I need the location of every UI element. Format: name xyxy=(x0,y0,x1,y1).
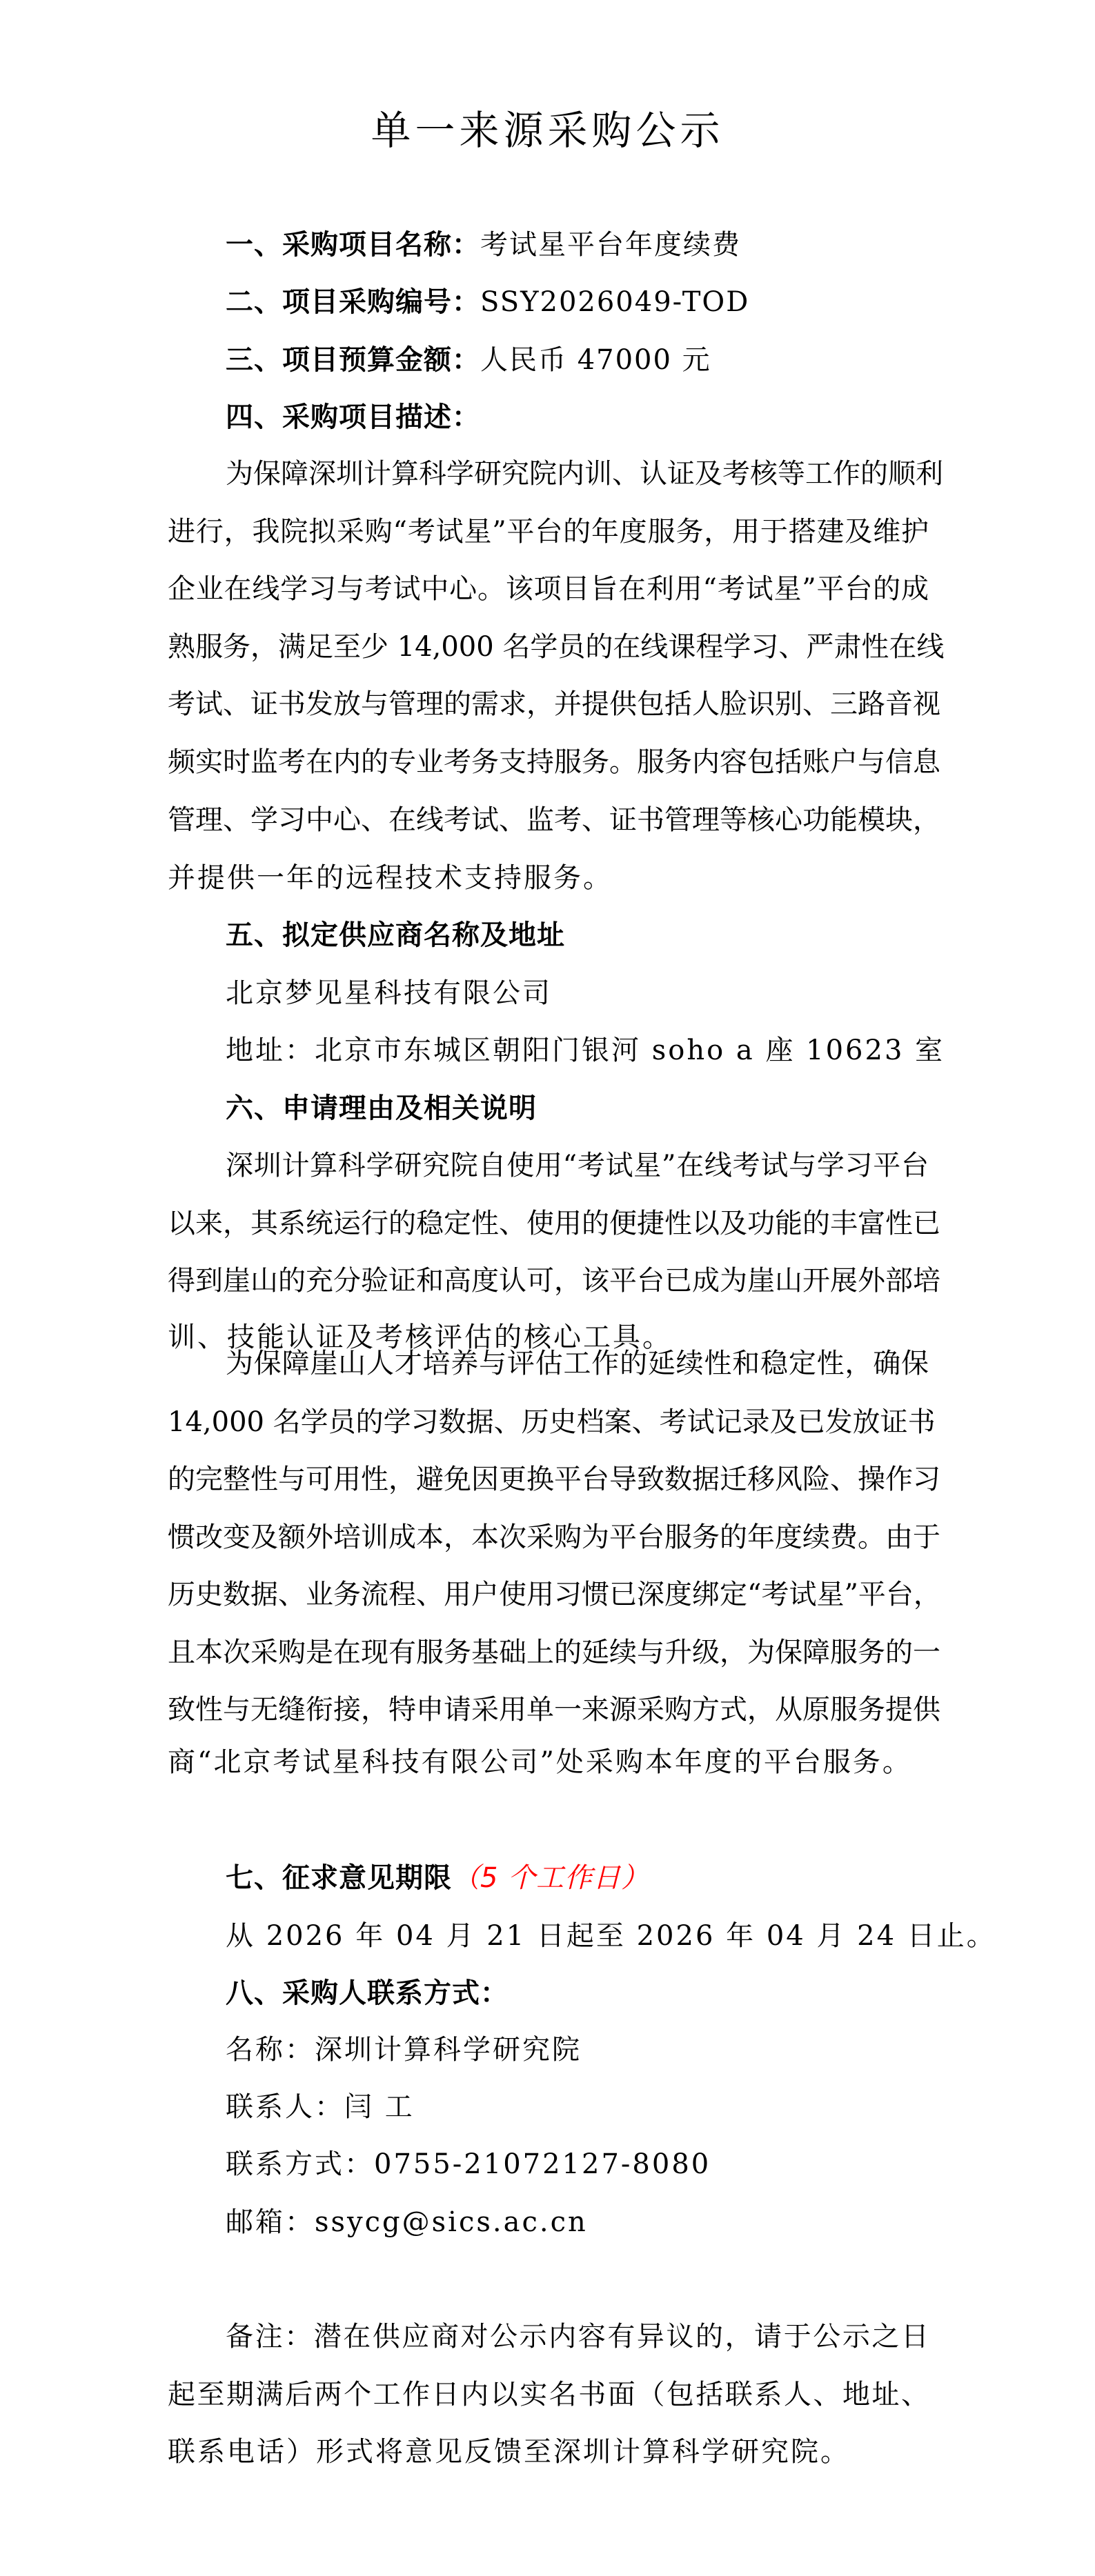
description-line: 并提供一年的远程技术支持服务。 xyxy=(168,861,929,895)
section-budget: 三、项目预算金额：人民币 47000 元 xyxy=(226,343,711,377)
section-supplier-heading: 五、拟定供应商名称及地址 xyxy=(226,918,565,952)
section-label: 二、项目采购编号： xyxy=(226,286,480,318)
reason-line: 且本次采购是在现有服务基础上的延续与升级，为保障服务的一 xyxy=(168,1635,929,1670)
comment-period-dates: 从 2026 年 04 月 21 日起至 2026 年 04 月 24 日止。 xyxy=(226,1919,996,1953)
project-name-value: 考试星平台年度续费 xyxy=(480,229,741,261)
remark-line: 联系电话）形式将意见反馈至深圳计算科学研究院。 xyxy=(168,2435,929,2469)
reason-line: 得到崖山的充分验证和高度认可，该平台已成为崖山开展外部培 xyxy=(168,1264,929,1298)
supplier-address: 地址：北京市东城区朝阳门银河 soho a 座 10623 室 xyxy=(226,1033,945,1068)
reason-line: 深圳计算科学研究院自使用“考试星”在线考试与学习平台 xyxy=(226,1148,929,1183)
reason-line: 为保障崖山人才培养与评估工作的延续性和稳定性，确保 xyxy=(226,1346,929,1381)
remark-line: 备注：潜在供应商对公示内容有异议的，请于公示之日 xyxy=(226,2319,929,2354)
description-line: 为保障深圳计算科学研究院内训、认证及考核等工作的顺利 xyxy=(226,457,929,491)
working-days-note: （5 个工作日） xyxy=(452,1862,649,1894)
description-line: 管理、学习中心、在线考试、监考、证书管理等核心功能模块， xyxy=(168,803,929,837)
contact-email: 邮箱：ssycg@sics.ac.cn xyxy=(226,2205,588,2239)
section-label: 三、项目预算金额： xyxy=(226,344,480,376)
section-comment-period: 七、征求意见期限（5 个工作日） xyxy=(226,1861,649,1895)
reason-line: 惯改变及额外培训成本，本次采购为平台服务的年度续费。由于 xyxy=(168,1520,929,1555)
section-label: 七、征求意见期限 xyxy=(226,1862,452,1894)
section-project-number: 二、项目采购编号：SSY2026049-TOD xyxy=(226,285,749,319)
section-project-name: 一、采购项目名称：考试星平台年度续费 xyxy=(226,228,741,262)
description-line: 考试、证书发放与管理的需求，并提供包括人脸识别、三路音视 xyxy=(168,687,929,721)
remark-line: 起至期满后两个工作日内以实名书面（包括联系人、地址、 xyxy=(168,2377,929,2412)
budget-value: 人民币 47000 元 xyxy=(480,344,711,376)
description-line: 熟服务，满足至少 14,000 名学员的在线课程学习、严肃性在线 xyxy=(168,630,929,664)
reason-line: 历史数据、业务流程、用户使用习惯已深度绑定“考试星”平台， xyxy=(168,1577,929,1612)
description-line: 企业在线学习与考试中心。该项目旨在利用“考试星”平台的成 xyxy=(168,572,929,606)
reason-line: 以来，其系统运行的稳定性、使用的便捷性以及功能的丰富性已 xyxy=(168,1206,929,1241)
contact-phone: 联系方式：0755-21072127-8080 xyxy=(226,2147,711,2181)
section-label: 一、采购项目名称： xyxy=(226,229,480,261)
section-reason-heading: 六、申请理由及相关说明 xyxy=(226,1091,537,1126)
contact-org-name: 名称：深圳计算科学研究院 xyxy=(226,2033,582,2067)
section-contact-heading: 八、采购人联系方式： xyxy=(226,1976,509,2010)
description-line: 进行，我院拟采购“考试星”平台的年度服务，用于搭建及维护 xyxy=(168,515,929,549)
page-title: 单一来源采购公示 xyxy=(0,108,1095,153)
section-description-heading: 四、采购项目描述： xyxy=(226,400,480,435)
document-page: 单一来源采购公示 一、采购项目名称：考试星平台年度续费 二、项目采购编号：SSY… xyxy=(0,0,1095,2576)
reason-line: 14,000 名学员的学习数据、历史档案、考试记录及已发放证书 xyxy=(168,1405,929,1439)
reason-line: 致性与无缝衔接，特申请采用单一来源采购方式，从原服务提供 xyxy=(168,1693,929,1727)
supplier-name: 北京梦见星科技有限公司 xyxy=(226,976,552,1010)
project-number-value: SSY2026049-TOD xyxy=(480,286,749,318)
reason-line: 的完整性与可用性，避免因更换平台导致数据迁移风险、操作习 xyxy=(168,1462,929,1497)
description-line: 频实时监考在内的专业考务支持服务。服务内容包括账户与信息 xyxy=(168,745,929,779)
reason-line: 商“北京考试星科技有限公司”处采购本年度的平台服务。 xyxy=(168,1745,929,1779)
contact-person: 联系人：闫 工 xyxy=(226,2090,415,2124)
